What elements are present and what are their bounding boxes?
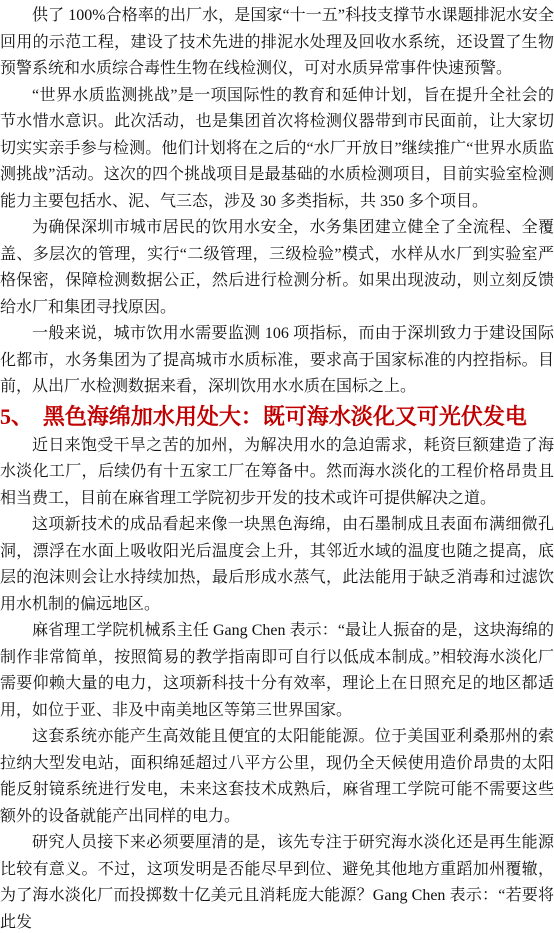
paragraph-shenzhen-water-management: 为确保深圳市城市居民的饮用水安全，水务集团建立健全了全流程、全覆盖、多层次的管理… <box>0 215 554 321</box>
paragraph-solar-power-station: 这套系统亦能产生高效能且便宜的太阳能能源。位于美国亚利桑那州的索拉纳大型发电站，… <box>0 724 554 830</box>
paragraph-black-sponge-technology: 这项新技术的成品看起来像一块黑色海绵，由石墨制成且表面布满细微孔洞，漂浮在水面上… <box>0 512 554 618</box>
heading-text: 黑色海绵加水用处大：既可海水淡化又可光伏发电 <box>43 404 527 429</box>
paragraph-water-quality-project: 供了 100%合格率的出厂水，是国家“十一五”科技支撑节水课题排泥水安全回用的示… <box>0 3 554 83</box>
paragraph-research-direction: 研究人员接下来必须要厘清的是，该先专注于研究海水淡化还是再生能源比较有意义。不过… <box>0 830 554 933</box>
paragraph-drinking-water-standards: 一般来说，城市饮用水需要监测 106 项指标，而由于深圳致力于建设国际化都市，水… <box>0 321 554 401</box>
paragraph-california-desalination: 近日来饱受干旱之苦的加州，为解决用水的急迫需求，耗资巨额建造了海水淡化工厂，后续… <box>0 433 554 513</box>
heading-number: 5、 <box>0 404 33 429</box>
paragraph-gang-chen-quote: 麻省理工学院机械系主任 Gang Chen 表示：“最让人振奋的是，这块海绵的制… <box>0 618 554 724</box>
paragraph-world-water-monitoring-challenge: “世界水质监测挑战”是一项国际性的教育和延伸计划，旨在提升全社会的节水惜水意识。… <box>0 83 554 216</box>
document-page: 供了 100%合格率的出厂水，是国家“十一五”科技支撑节水课题排泥水安全回用的示… <box>0 0 554 933</box>
section-heading: 5、黑色海绵加水用处大：既可海水淡化又可光伏发电 <box>0 403 554 431</box>
